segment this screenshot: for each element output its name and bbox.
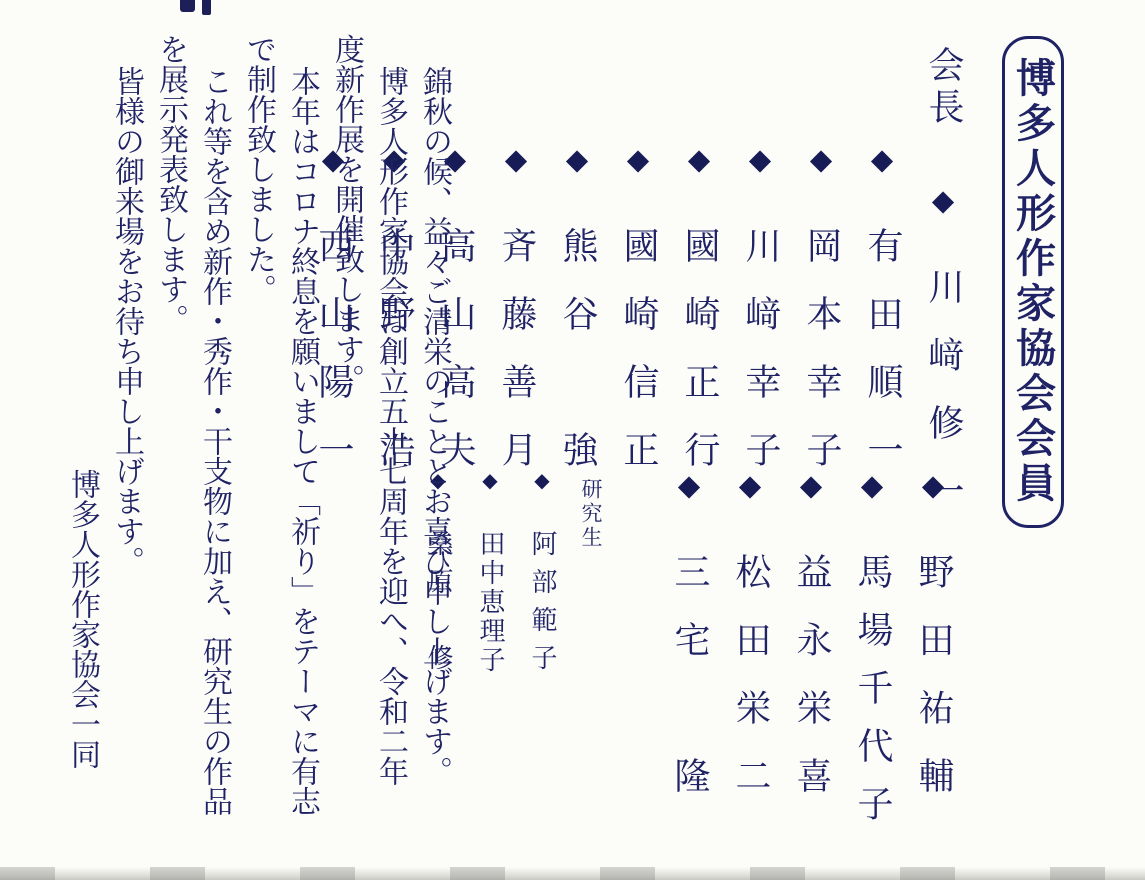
members-row-2: ◆ 野田祐輔 ◆ 馬場千代子 ◆ 益永栄喜 ◆ 松田栄二 ◆ 三宅 隆 研究生 bbox=[420, 468, 959, 843]
member-column: ◆ 馬場千代子 bbox=[847, 468, 898, 843]
member-column: ◆ 有田順一 bbox=[857, 46, 908, 499]
diamond-icon: ◆ bbox=[916, 468, 950, 502]
member-name: 益永栄喜 bbox=[791, 553, 832, 825]
body-line: で制作致しました。 bbox=[236, 34, 280, 846]
body-paragraph: 錦秋の候、益々ご清栄のこととお喜び申し上げます。 bbox=[412, 34, 456, 846]
member-column: ◆ 國崎正行 bbox=[674, 46, 725, 499]
body-paragraph: 博多人形作家協会は創立五十七周年を迎へ、令和二年 度新作展を開催致します。 bbox=[324, 34, 412, 846]
member-column-chairman: 会長 ◆ 川﨑修一 bbox=[918, 46, 969, 540]
body-paragraph: 本年はコロナ終息を願いまして「祈り」をテーマに有志 で制作致しました。 bbox=[236, 34, 324, 846]
member-name: 岡本幸子 bbox=[801, 227, 842, 499]
diamond-icon: ◆ bbox=[672, 468, 706, 502]
member-name: 馬場千代子 bbox=[852, 553, 893, 843]
member-name: 國崎信正 bbox=[618, 227, 659, 499]
page-title: 博多人形作家協会会員 bbox=[1005, 57, 1062, 507]
student-column: ◆ 阿部範子 bbox=[524, 468, 561, 682]
title-box: 博多人形作家協会会員 bbox=[1002, 36, 1064, 528]
diamond-icon: ◆ bbox=[621, 142, 655, 176]
diamond-icon: ◆ bbox=[804, 142, 838, 176]
diamond-icon: ◆ bbox=[926, 183, 960, 217]
member-column: ◆ 三宅 隆 bbox=[664, 468, 715, 825]
member-name: 三宅 隆 bbox=[669, 553, 710, 825]
body-line: 度新作展を開催致します。 bbox=[324, 34, 368, 846]
body-paragraph: これ等を含め新作・秀作・干支物に加え、研究生の作品 を展示発表致します。 bbox=[148, 34, 236, 846]
students-label: 研究生 bbox=[576, 468, 606, 550]
diamond-icon: ◆ bbox=[865, 142, 899, 176]
student-column: ◆ 田中恵理子 bbox=[472, 468, 509, 675]
member-name: 熊谷 強 bbox=[557, 227, 598, 499]
scan-edge-bottom bbox=[0, 867, 1145, 880]
diamond-icon: ◆ bbox=[560, 142, 594, 176]
body-line: 皆様の御来場をお待ち申し上げます。 bbox=[104, 34, 148, 846]
member-column: ◆ 熊谷 強 bbox=[552, 46, 603, 499]
member-column: ◆ 野田祐輔 bbox=[908, 468, 959, 825]
member-name: 田中恵理子 bbox=[475, 530, 505, 675]
scanned-document-page: 博多人形作家協会会員 会長 ◆ 川﨑修一 ◆ 有田順一 ◆ 岡本幸子 ◆ 川﨑幸… bbox=[0, 0, 1145, 880]
member-name: 國崎正行 bbox=[679, 227, 720, 499]
body-line: を展示発表致します。 bbox=[148, 34, 192, 846]
member-name: 斉藤善月 bbox=[496, 227, 537, 499]
diamond-icon: ◆ bbox=[499, 142, 533, 176]
chairman-label: 会長 bbox=[923, 46, 964, 130]
diamond-icon: ◆ bbox=[855, 468, 889, 502]
scan-artifact-top bbox=[180, 0, 218, 16]
signature: 博多人形作家協会一同 bbox=[60, 34, 104, 846]
scan-artifact-mark bbox=[202, 0, 211, 15]
diamond-icon: ◆ bbox=[794, 468, 828, 502]
member-name: 川﨑幸子 bbox=[740, 227, 781, 499]
diamond-icon: ◆ bbox=[743, 142, 777, 176]
members-group-senior: ◆ 野田祐輔 ◆ 馬場千代子 ◆ 益永栄喜 ◆ 松田栄二 ◆ 三宅 隆 bbox=[664, 468, 959, 843]
body-paragraph: 皆様の御来場をお待ち申し上げます。 bbox=[104, 34, 148, 846]
member-column: ◆ 岡本幸子 bbox=[796, 46, 847, 499]
diamond-icon: ◆ bbox=[478, 468, 502, 492]
body-line: これ等を含め新作・秀作・干支物に加え、研究生の作品 bbox=[192, 34, 236, 846]
member-name: 有田順一 bbox=[862, 227, 903, 499]
body-line: 錦秋の候、益々ご清栄のこととお喜び申し上げます。 bbox=[412, 34, 456, 846]
diamond-icon: ◆ bbox=[682, 142, 716, 176]
diamond-icon: ◆ bbox=[530, 468, 554, 492]
scan-artifact-mark bbox=[180, 0, 195, 12]
body-line: 博多人形作家協会は創立五十七周年を迎へ、令和二年 bbox=[368, 34, 412, 846]
member-column: ◆ 益永栄喜 bbox=[786, 468, 837, 825]
member-name: 阿部範子 bbox=[527, 530, 557, 682]
member-name: 松田栄二 bbox=[730, 553, 771, 825]
body-text: 錦秋の候、益々ご清栄のこととお喜び申し上げます。 博多人形作家協会は創立五十七周… bbox=[16, 34, 456, 846]
member-name: 野田祐輔 bbox=[913, 553, 954, 825]
diamond-icon: ◆ bbox=[733, 468, 767, 502]
member-column: ◆ 國崎信正 bbox=[613, 46, 664, 499]
member-column: ◆ 松田栄二 bbox=[725, 468, 776, 825]
body-line: 本年はコロナ終息を願いまして「祈り」をテーマに有志 bbox=[280, 34, 324, 846]
member-column: ◆ 斉藤善月 bbox=[491, 46, 542, 499]
member-column: ◆ 川﨑幸子 bbox=[735, 46, 786, 499]
